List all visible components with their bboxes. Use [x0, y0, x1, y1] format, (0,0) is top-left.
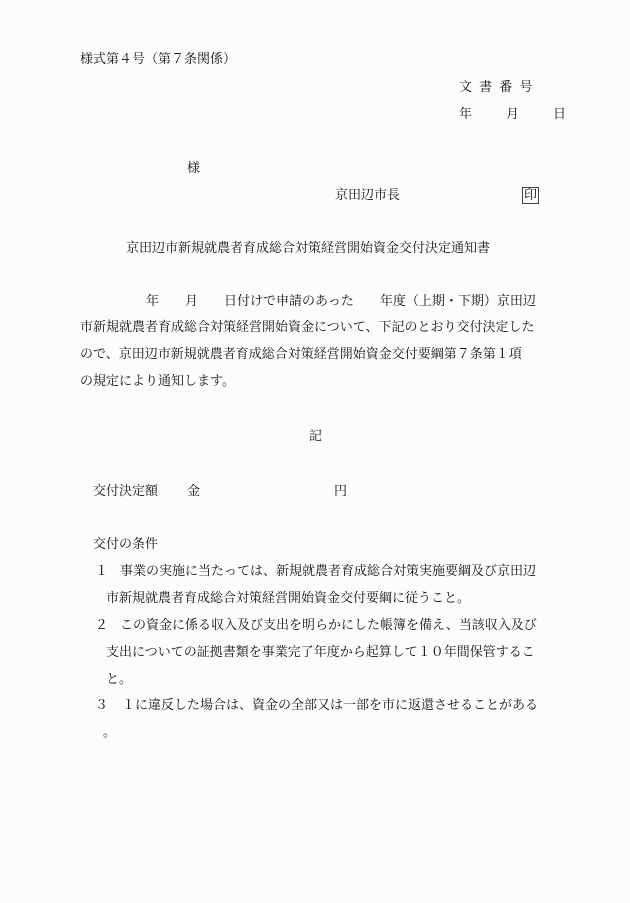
- body-line-3: ので、京田辺市新規就農者育成総合対策経営開始資金交付要綱第７条第１項: [80, 347, 522, 363]
- body-line-2: 市新規就農者育成総合対策経営開始資金について、下記のとおり交付決定した: [80, 320, 534, 336]
- document-number-label: 文書番号: [459, 80, 540, 96]
- body-year: 年: [146, 294, 159, 309]
- condition-2-line-2: 支出についての証拠書類を事業完了年度から起算して１０年間保管するこ: [106, 645, 535, 661]
- conditions-heading: 交付の条件: [93, 537, 158, 553]
- condition-1-line-2: 市新規就農者育成総合対策経営開始資金交付要綱に従うこと。: [106, 591, 470, 607]
- condition-3-line-1: １に違反した場合は、資金の全部又は一部を市に返還させることがある: [122, 698, 538, 714]
- form-label: 様式第４号（第７条関係）: [80, 52, 236, 68]
- addressee-suffix: 様: [187, 161, 200, 177]
- condition-3-number: ３: [95, 698, 108, 714]
- condition-3-line-2: 。: [103, 725, 116, 741]
- date-month: 月: [506, 107, 519, 122]
- grant-amount-prefix: 金: [187, 484, 200, 500]
- condition-1-number: １: [95, 564, 108, 580]
- grant-amount-label: 交付決定額: [93, 484, 158, 500]
- condition-2-line-1: この資金に係る収入及び支出を明らかにした帳簿を備え、当該収入及び: [120, 618, 537, 634]
- body-line-1: 年月日付けで申請のあった年度（上期・下期）京田辺: [146, 294, 536, 310]
- ki-marker: 記: [309, 429, 322, 445]
- date-day: 日: [553, 107, 566, 122]
- body-line-4: の規定により通知します。: [80, 374, 235, 390]
- condition-2-number: ２: [95, 618, 108, 634]
- condition-2-line-3: と。: [106, 672, 132, 688]
- body-month: 月: [185, 294, 198, 309]
- condition-1-line-1: 事業の実施に当たっては、新規就農者育成総合対策実施要綱及び京田辺: [120, 564, 536, 580]
- body-day-text: 日付けで申請のあった: [224, 294, 354, 309]
- date-year: 年: [459, 107, 472, 122]
- seal-icon: 印: [522, 187, 539, 204]
- body-fiscal: 年度（上期・下期）京田辺: [380, 294, 536, 309]
- issue-date-line: 年月日: [459, 107, 566, 123]
- grant-amount-unit: 円: [334, 484, 347, 500]
- seal-mark: 印: [522, 187, 539, 204]
- document-title: 京田辺市新規就農者育成総合対策経営開始資金交付決定通知書: [126, 241, 490, 257]
- issuer-name: 京田辺市長: [335, 188, 400, 204]
